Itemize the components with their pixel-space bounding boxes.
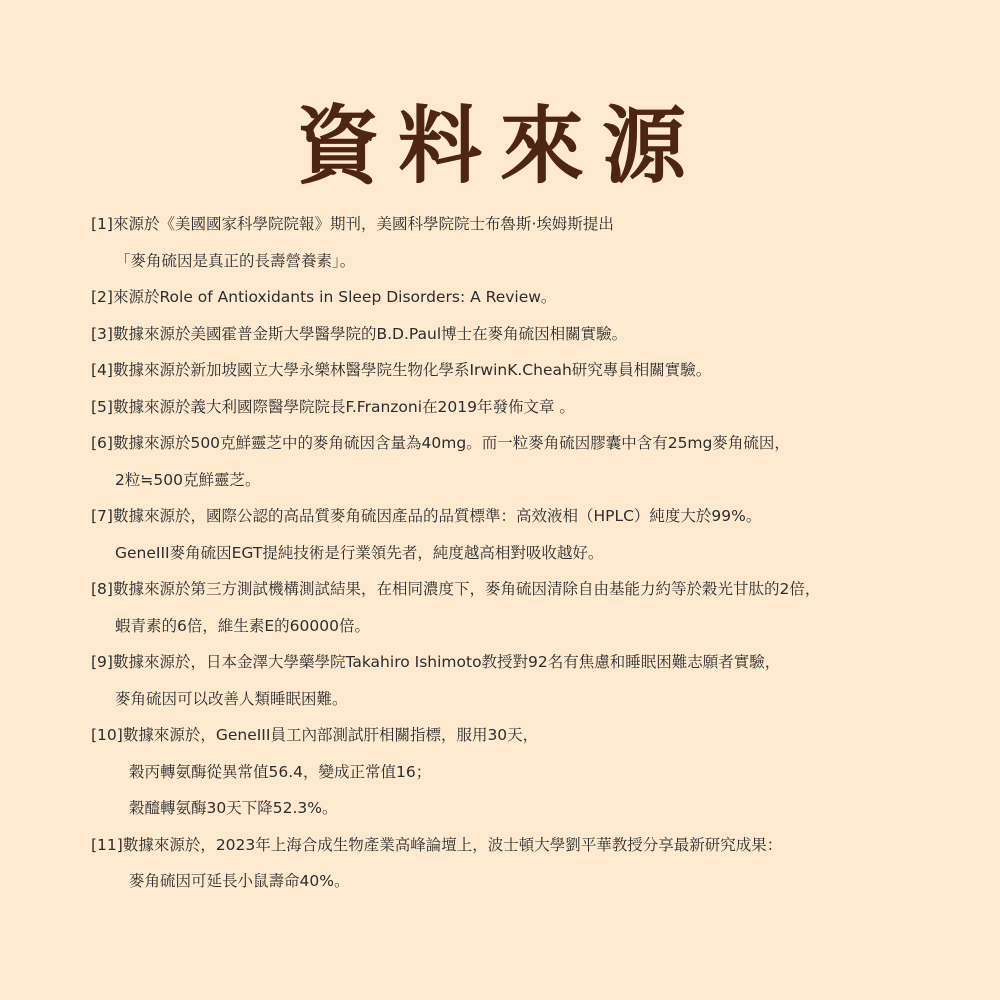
- reference-8-line-1: [8]數據來源於第三方測試機構測試結果，在相同濃度下，麥角硫因清除自由基能力約等…: [91, 577, 951, 614]
- reference-10-line-2: 穀丙轉氨酶從異常值56.4，變成正常值16；: [91, 760, 951, 797]
- reference-5: [5]數據來源於義大利國際醫學院院長F.Franzoni在2019年發佈文章 。: [91, 395, 951, 432]
- reference-3: [3]數據來源於美國霍普金斯大學醫學院的B.D.Paul博士在麥角硫因相關實驗。: [91, 322, 951, 359]
- reference-1-line-2: 「麥角硫因是真正的長壽營養素」。: [91, 249, 951, 286]
- reference-9-line-1: [9]數據來源於，日本金澤大學藥學院Takahiro Ishimoto教授對92…: [91, 650, 951, 687]
- reference-11-line-2: 麥角硫因可延長小鼠壽命40%。: [91, 869, 951, 906]
- reference-4: [4]數據來源於新加坡國立大學永樂林醫學院生物化學系IrwinK.Cheah研究…: [91, 358, 951, 395]
- reference-10-line-3: 穀醯轉氨酶30天下降52.3%。: [91, 796, 951, 833]
- reference-6-line-2: 2粒≒500克鮮靈芝。: [91, 468, 951, 505]
- page-title: 資料來源: [0, 96, 1000, 196]
- reference-11-line-1: [11]數據來源於，2023年上海合成生物產業高峰論壇上，波士頓大學劉平華教授分…: [91, 833, 951, 870]
- reference-2: [2]來源於Role of Antioxidants in Sleep Diso…: [91, 285, 951, 322]
- reference-6-line-1: [6]數據來源於500克鮮靈芝中的麥角硫因含量為40mg。而一粒麥角硫因膠囊中含…: [91, 431, 951, 468]
- reference-10-line-1: [10]數據來源於，GeneIII員工內部測試肝相關指標，服用30天，: [91, 723, 951, 760]
- reference-7-line-1: [7]數據來源於，國際公認的高品質麥角硫因產品的品質標準：高效液相（HPLC）純…: [91, 504, 951, 541]
- reference-9-line-2: 麥角硫因可以改善人類睡眠困難。: [91, 687, 951, 724]
- reference-1-line-1: [1]來源於《美國國家科學院院報》期刊，美國科學院院士布魯斯·埃姆斯提出: [91, 212, 951, 249]
- reference-8-line-2: 蝦青素的6倍，維生素E的60000倍。: [91, 614, 951, 651]
- reference-7-line-2: GeneIII麥角硫因EGT提純技術是行業領先者，純度越高相對吸收越好。: [91, 541, 951, 578]
- reference-list: [1]來源於《美國國家科學院院報》期刊，美國科學院院士布魯斯·埃姆斯提出 「麥角…: [91, 212, 951, 906]
